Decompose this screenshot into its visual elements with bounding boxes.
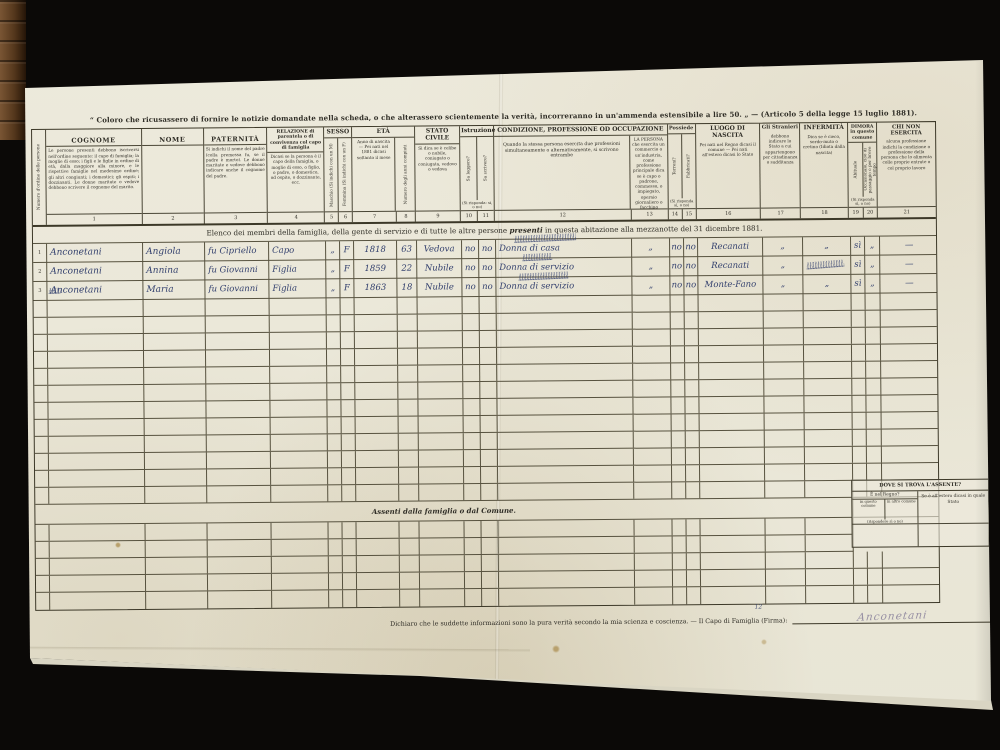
empty-cell bbox=[806, 586, 854, 603]
sa-scrivere-label: Sa scrivere? bbox=[483, 155, 488, 181]
empty-cell bbox=[207, 469, 271, 486]
empty-cell bbox=[398, 332, 418, 348]
empty-cell bbox=[481, 416, 498, 432]
empty-cell bbox=[418, 365, 463, 381]
sesso-f-label: Femmina (Si indichi con un F) bbox=[343, 143, 348, 207]
empty-cell bbox=[671, 312, 685, 328]
empty-cell bbox=[699, 312, 764, 329]
empty-cell bbox=[34, 386, 48, 402]
empty-cell bbox=[766, 569, 806, 585]
col-header-chi-non-esercita: CHI NON ESERCITA alcuna professione indi… bbox=[877, 122, 936, 218]
empty-cell bbox=[271, 434, 328, 450]
empty-cell bbox=[341, 400, 355, 416]
declaration-text: Dichiaro che le suddette informazioni so… bbox=[390, 617, 787, 627]
empty-cell bbox=[764, 396, 804, 412]
istruzione-subcols: Sa leggere? Sa scrivere? bbox=[460, 137, 493, 200]
empty-cell bbox=[634, 519, 672, 535]
luogo-note: Pei nati nel Regno dicasi il comune — Pe… bbox=[696, 140, 760, 208]
empty-cell bbox=[399, 451, 419, 467]
empty-cell bbox=[701, 587, 766, 605]
empty-cell bbox=[868, 586, 883, 603]
empty-cell bbox=[145, 469, 207, 486]
empty-cell bbox=[881, 344, 939, 361]
empty-cell bbox=[465, 572, 482, 588]
empty-cell bbox=[206, 333, 270, 350]
empty-cell bbox=[700, 465, 765, 482]
empty-cell bbox=[480, 314, 497, 330]
dimora-title: DIMORA in questo comune bbox=[848, 123, 876, 143]
row-number: 3 bbox=[33, 282, 47, 301]
empty-cell bbox=[700, 519, 765, 536]
absent-box-headers: È nel Regno? in questo comune in altro c… bbox=[852, 491, 988, 525]
empty-cell bbox=[633, 329, 671, 345]
empty-cell bbox=[852, 379, 866, 395]
empty-cell bbox=[355, 400, 398, 416]
empty-cell bbox=[398, 400, 418, 416]
empty-cell bbox=[765, 464, 805, 480]
relazione-colnum: 4 bbox=[268, 211, 324, 222]
empty-cell bbox=[633, 312, 671, 328]
empty-cell bbox=[34, 403, 48, 419]
empty-cell bbox=[329, 556, 343, 572]
stato-civile-cell: Vedova bbox=[417, 240, 462, 259]
empty-cell bbox=[881, 395, 939, 412]
empty-cell bbox=[685, 346, 699, 362]
paternita-cell: fu Cipriello bbox=[205, 242, 269, 262]
empty-cell bbox=[206, 316, 270, 333]
col-header-nome: NOME 2 bbox=[142, 128, 205, 224]
empty-cell bbox=[866, 294, 881, 310]
col-header-luogo-nascita: LUOGO DI NASCITA Pei nati nel Regno dica… bbox=[696, 124, 762, 220]
paternita-title: PATERNITÀ bbox=[204, 128, 267, 146]
regno-nota: (rispondere sì o no) bbox=[852, 519, 917, 524]
empty-cell bbox=[805, 481, 853, 497]
empty-cell bbox=[463, 382, 480, 398]
stato-colnum: 9 bbox=[416, 210, 460, 221]
empty-cell bbox=[272, 590, 329, 607]
empty-cell bbox=[271, 522, 328, 538]
empty-cell bbox=[764, 328, 804, 344]
empty-cell bbox=[35, 454, 49, 470]
empty-cell bbox=[144, 384, 206, 401]
empty-cell bbox=[327, 332, 341, 348]
paternita-note: Si indichi il nome del padre (colla prem… bbox=[204, 145, 267, 212]
infermita-cell bbox=[803, 256, 851, 275]
empty-cell bbox=[686, 519, 700, 535]
empty-cell bbox=[672, 448, 686, 464]
empty-cell bbox=[145, 418, 207, 435]
empty-cell bbox=[804, 362, 852, 378]
empty-cell bbox=[766, 552, 806, 568]
empty-cell bbox=[699, 329, 764, 346]
empty-cell bbox=[464, 467, 481, 483]
empty-cell bbox=[673, 536, 687, 552]
empty-cell bbox=[700, 431, 765, 448]
empty-cell bbox=[207, 435, 271, 452]
persona-cell: „ bbox=[632, 238, 670, 257]
anno-nascita-cell: 1818 bbox=[354, 241, 397, 260]
empty-cell bbox=[699, 380, 764, 397]
empty-cell bbox=[699, 363, 764, 380]
empty-cell bbox=[764, 311, 804, 327]
empty-cell bbox=[329, 590, 343, 607]
empty-cell bbox=[868, 552, 883, 568]
empty-cell bbox=[701, 536, 766, 553]
empty-cell bbox=[328, 451, 342, 467]
paternita-cell: fu Giovanni bbox=[205, 280, 269, 300]
empty-cell bbox=[687, 570, 701, 586]
empty-cell bbox=[686, 431, 700, 447]
relazione-cell: Figlia bbox=[269, 260, 326, 279]
empty-cell bbox=[357, 573, 400, 589]
empty-cell bbox=[48, 317, 144, 334]
empty-cell bbox=[328, 522, 342, 538]
empty-cell bbox=[50, 558, 146, 575]
empty-cell bbox=[34, 301, 48, 317]
crossed-out-scribble bbox=[806, 260, 844, 270]
stato-note: Si dica se è celibe o nubile, coniugato … bbox=[415, 144, 459, 211]
fabbricati-label: Fabbricati? bbox=[686, 154, 691, 178]
empty-cell bbox=[342, 468, 356, 484]
empty-cell bbox=[673, 570, 687, 586]
sesso-colnums: 56 bbox=[325, 211, 352, 222]
col-header-sesso: SESSO Maschio (Si indichi con un M) Femm… bbox=[324, 127, 353, 222]
empty-cell bbox=[866, 362, 881, 378]
relazione-note: Dicasi se la persona è il capo della fam… bbox=[268, 153, 324, 212]
fabbricati-cell: no bbox=[684, 238, 698, 257]
empty-cell bbox=[48, 368, 144, 385]
empty-cell bbox=[867, 464, 882, 480]
empty-cell bbox=[866, 379, 881, 395]
empty-cell bbox=[499, 588, 635, 606]
empty-cell bbox=[700, 414, 765, 431]
empty-cell bbox=[687, 587, 701, 604]
empty-cell bbox=[35, 420, 49, 436]
empty-cell bbox=[465, 538, 482, 554]
empty-cell bbox=[482, 555, 499, 571]
empty-cell bbox=[881, 327, 939, 344]
empty-cell bbox=[883, 568, 941, 585]
empty-cell bbox=[327, 349, 341, 365]
eta-colnums: 78 bbox=[353, 211, 415, 223]
stray-handwritten-mark: 12 bbox=[755, 604, 763, 611]
empty-cell bbox=[144, 333, 206, 350]
empty-cell bbox=[271, 485, 328, 501]
professione-cell: Donna di servizio bbox=[496, 277, 632, 297]
empty-cell bbox=[208, 574, 272, 591]
empty-cell bbox=[672, 482, 686, 498]
empty-cell bbox=[686, 448, 700, 464]
empty-cell bbox=[498, 449, 634, 466]
empty-cell bbox=[207, 523, 271, 540]
infermita-cell: „ bbox=[803, 275, 851, 294]
empty-cell bbox=[356, 485, 399, 501]
empty-cell bbox=[499, 571, 635, 588]
possiede-nota: (Si risponda sì, o no) bbox=[668, 198, 695, 209]
empty-cell bbox=[497, 296, 633, 313]
stranieri-cell: „ bbox=[763, 256, 803, 275]
anni-compiuti-cell: 18 bbox=[397, 279, 417, 298]
istruzione-title: Istruzione bbox=[460, 126, 493, 137]
head-of-family-signature: Anconetani bbox=[857, 609, 928, 623]
empty-cell bbox=[342, 417, 356, 433]
signature-line: Anconetani bbox=[792, 610, 992, 625]
empty-cell bbox=[635, 570, 673, 586]
empty-cell bbox=[765, 413, 805, 429]
empty-cell bbox=[633, 295, 671, 311]
elenco-presenti: presenti bbox=[509, 225, 542, 234]
empty-cell bbox=[464, 450, 481, 466]
empty-cell bbox=[329, 539, 343, 555]
empty-cell bbox=[355, 349, 398, 365]
stranieri-colnum: 17 bbox=[761, 207, 800, 218]
empty-cell bbox=[270, 366, 327, 382]
eta-anni-label: Numero degli anni compiuti bbox=[403, 144, 408, 204]
empty-cell bbox=[398, 298, 418, 314]
empty-cell bbox=[329, 573, 343, 589]
stranieri-title: Gli Stranieri bbox=[760, 123, 799, 132]
empty-cell bbox=[765, 518, 805, 534]
chi-non-esercita-cell: — bbox=[880, 236, 938, 256]
col-header-stranieri: Gli Stranieri debbono indicare lo Stato … bbox=[760, 123, 801, 218]
empty-cell bbox=[634, 448, 672, 464]
empty-cell bbox=[867, 447, 882, 463]
dimora-occasionale-cell: „ bbox=[865, 275, 880, 294]
empty-cell bbox=[852, 396, 866, 412]
la-persona-note: LA PERSONA che esercita un commercio o u… bbox=[630, 135, 667, 211]
empty-cell bbox=[805, 464, 853, 480]
empty-cell bbox=[701, 553, 766, 570]
bottom-crease bbox=[30, 647, 530, 653]
empty-cell bbox=[343, 556, 357, 572]
condizione-note: Quando la stessa persona esercita due pr… bbox=[494, 136, 629, 161]
stato-title: STATO CIVILE bbox=[415, 126, 459, 144]
anno-nascita-cell: 1863 bbox=[354, 279, 397, 298]
empty-cell bbox=[633, 363, 671, 379]
empty-cell bbox=[806, 569, 854, 585]
empty-cell bbox=[144, 401, 206, 418]
empty-cell bbox=[35, 437, 49, 453]
empty-cell bbox=[498, 432, 634, 449]
fabbricati-cell: no bbox=[684, 257, 698, 276]
printed-form-content: “ Coloro che ricusassero di fornire le n… bbox=[31, 108, 940, 631]
empty-cell bbox=[853, 430, 867, 446]
empty-cell bbox=[398, 366, 418, 382]
regno-subcols: in questo comune in altro comune bbox=[852, 499, 917, 520]
empty-cell bbox=[398, 349, 418, 365]
empty-cell bbox=[881, 361, 939, 378]
chi-colnum: 21 bbox=[878, 206, 936, 218]
empty-cell bbox=[699, 397, 764, 414]
empty-cell bbox=[356, 451, 399, 467]
empty-cell bbox=[49, 419, 145, 436]
empty-cell bbox=[342, 485, 356, 501]
empty-cell bbox=[804, 396, 852, 412]
empty-cell bbox=[463, 365, 480, 381]
empty-cell bbox=[497, 364, 633, 381]
empty-cell bbox=[341, 298, 355, 314]
empty-cell bbox=[271, 451, 328, 467]
infermita-title: INFERMITÀ bbox=[800, 123, 847, 133]
empty-cell bbox=[672, 519, 686, 535]
empty-cell bbox=[206, 350, 270, 367]
occasionale-label: Occasionale, cioè di passaggio o per bre… bbox=[863, 142, 877, 196]
empty-cell bbox=[804, 311, 852, 327]
questo-comune-label: in questo comune bbox=[852, 500, 884, 520]
empty-cell bbox=[328, 434, 342, 450]
nome-cell: Maria bbox=[143, 280, 205, 300]
sa-scrivere-cell: no bbox=[479, 259, 496, 278]
absent-box-empty-row bbox=[853, 524, 989, 547]
empty-cell bbox=[418, 331, 463, 347]
empty-cell bbox=[420, 555, 465, 571]
empty-cell bbox=[419, 484, 464, 500]
empty-cell bbox=[207, 486, 271, 503]
empty-cell bbox=[480, 331, 497, 347]
condizione-subcols: Quando la stessa persona esercita due pr… bbox=[494, 135, 667, 210]
empty-cell bbox=[764, 345, 804, 361]
sa-scrivere-cell: no bbox=[479, 240, 496, 259]
dimora-abituale-cell: sì bbox=[851, 275, 865, 294]
dimora-subcols: Abituale Occasionale, cioè di passaggio … bbox=[848, 142, 876, 196]
altro-comune-label: in altro comune bbox=[884, 499, 917, 519]
luogo-nascita-cell: Monte-Fano bbox=[698, 276, 763, 296]
paternita-colnum: 3 bbox=[204, 212, 267, 224]
row-number: 1 bbox=[33, 244, 47, 263]
relazione-title: RELAZIONE di parentela o di convivenza c… bbox=[268, 127, 324, 153]
empty-cell bbox=[852, 328, 866, 344]
empty-cell bbox=[419, 416, 464, 432]
empty-cell bbox=[400, 590, 420, 607]
dimora-abituale-cell: sì bbox=[851, 237, 865, 256]
empty-cell bbox=[699, 295, 764, 312]
empty-cell bbox=[49, 470, 145, 487]
sa-scrivere-cell: no bbox=[479, 278, 496, 297]
empty-cell bbox=[34, 369, 48, 385]
empty-cell bbox=[482, 572, 499, 588]
col-header-dimora: DIMORA in questo comune Abituale Occasio… bbox=[848, 123, 878, 218]
cognome-title: COGNOME bbox=[46, 129, 141, 147]
empty-cell bbox=[355, 298, 398, 314]
terreni-cell: no bbox=[670, 238, 684, 257]
photo-of-census-sheet: “ Coloro che ricusassero di fornire le n… bbox=[0, 0, 1000, 750]
empty-cell bbox=[852, 362, 866, 378]
eta-subcols: Anno di nascita — Pei nati nel 1881 dica… bbox=[352, 137, 414, 211]
anni-compiuti-cell: 63 bbox=[397, 241, 417, 260]
empty-cell bbox=[206, 401, 270, 418]
empty-cell bbox=[685, 397, 699, 413]
empty-cell bbox=[355, 383, 398, 399]
infermita-cell: „ bbox=[803, 237, 851, 256]
col-header-numero: Numero d'ordine delle persone bbox=[32, 130, 47, 225]
empty-cell bbox=[497, 313, 633, 330]
empty-cell bbox=[328, 417, 342, 433]
empty-cell bbox=[685, 329, 699, 345]
relazione-cell: Capo bbox=[269, 241, 326, 260]
empty-cell bbox=[853, 413, 867, 429]
empty-cell bbox=[672, 414, 686, 430]
empty-cell bbox=[36, 593, 50, 610]
empty-cell bbox=[480, 399, 497, 415]
empty-cell bbox=[342, 451, 356, 467]
empty-cell bbox=[498, 466, 634, 483]
empty-cell bbox=[635, 553, 673, 569]
crossed-out-scribble bbox=[522, 253, 552, 261]
stranieri-cell: „ bbox=[763, 275, 803, 294]
empty-cell bbox=[146, 540, 208, 557]
cognome-note: Le persone presenti debbono iscriversi n… bbox=[46, 146, 141, 213]
empty-cell bbox=[145, 523, 207, 540]
empty-cell bbox=[854, 569, 868, 585]
sesso-f-cell: F bbox=[340, 241, 354, 260]
empty-cell bbox=[883, 585, 941, 603]
sa-leggere-cell: no bbox=[462, 278, 479, 297]
empty-cell bbox=[883, 551, 941, 568]
sesso-subcols: Maschio (Si indichi con un M) Femmina (S… bbox=[324, 138, 352, 211]
empty-cell bbox=[464, 521, 481, 537]
empty-cell bbox=[854, 586, 868, 603]
empty-cell bbox=[399, 417, 419, 433]
empty-cell bbox=[499, 537, 635, 554]
table-header: Numero d'ordine delle persone COGNOME Le… bbox=[32, 122, 936, 227]
empty-cell bbox=[805, 447, 853, 463]
empty-cell bbox=[341, 332, 355, 348]
empty-cell bbox=[206, 299, 270, 316]
crossed-out-scribble bbox=[518, 271, 568, 280]
terreni-cell: no bbox=[670, 276, 684, 295]
empty-cell bbox=[270, 315, 327, 331]
empty-cell bbox=[634, 431, 672, 447]
empty-cell bbox=[634, 414, 672, 430]
empty-cell bbox=[482, 589, 499, 606]
empty-cell bbox=[145, 435, 207, 452]
empty-cell bbox=[866, 311, 881, 327]
sesso-title: SESSO bbox=[324, 127, 351, 138]
empty-cell bbox=[145, 452, 207, 469]
empty-cell bbox=[687, 553, 701, 569]
empty-cell bbox=[343, 573, 357, 589]
empty-rows-assenti bbox=[36, 551, 939, 610]
empty-cell bbox=[144, 299, 206, 316]
empty-cell bbox=[327, 383, 341, 399]
possiede-subcols: Terreni? Fabbricati? bbox=[668, 134, 695, 198]
empty-cell bbox=[146, 557, 208, 574]
sesso-f-cell: F bbox=[340, 279, 354, 298]
empty-cell bbox=[327, 366, 341, 382]
cognome-cell: Anconetani bbox=[47, 281, 143, 301]
empty-cell bbox=[36, 559, 50, 575]
dimora-occasionale-cell: „ bbox=[865, 237, 880, 256]
sesso-m-label: Maschio (Si indichi con un M) bbox=[329, 143, 334, 207]
empty-cell bbox=[866, 328, 881, 344]
empty-cell bbox=[854, 552, 868, 568]
empty-cell bbox=[463, 331, 480, 347]
chi-note: alcuna professione indichi la condizione… bbox=[877, 137, 935, 206]
empty-cell bbox=[882, 412, 940, 429]
anni-compiuti-cell: 22 bbox=[397, 260, 417, 279]
col-header-stato-civile: STATO CIVILE Si dica se è celibe o nubil… bbox=[415, 126, 461, 221]
empty-cell bbox=[700, 482, 765, 499]
empty-cell bbox=[766, 586, 806, 603]
empty-cell bbox=[35, 525, 49, 541]
empty-cell bbox=[671, 363, 685, 379]
empty-cell bbox=[866, 396, 881, 412]
empty-cell bbox=[852, 345, 866, 361]
empty-cell bbox=[48, 334, 144, 351]
empty-cell bbox=[634, 482, 672, 498]
empty-cell bbox=[399, 468, 419, 484]
empty-cell bbox=[497, 381, 633, 398]
